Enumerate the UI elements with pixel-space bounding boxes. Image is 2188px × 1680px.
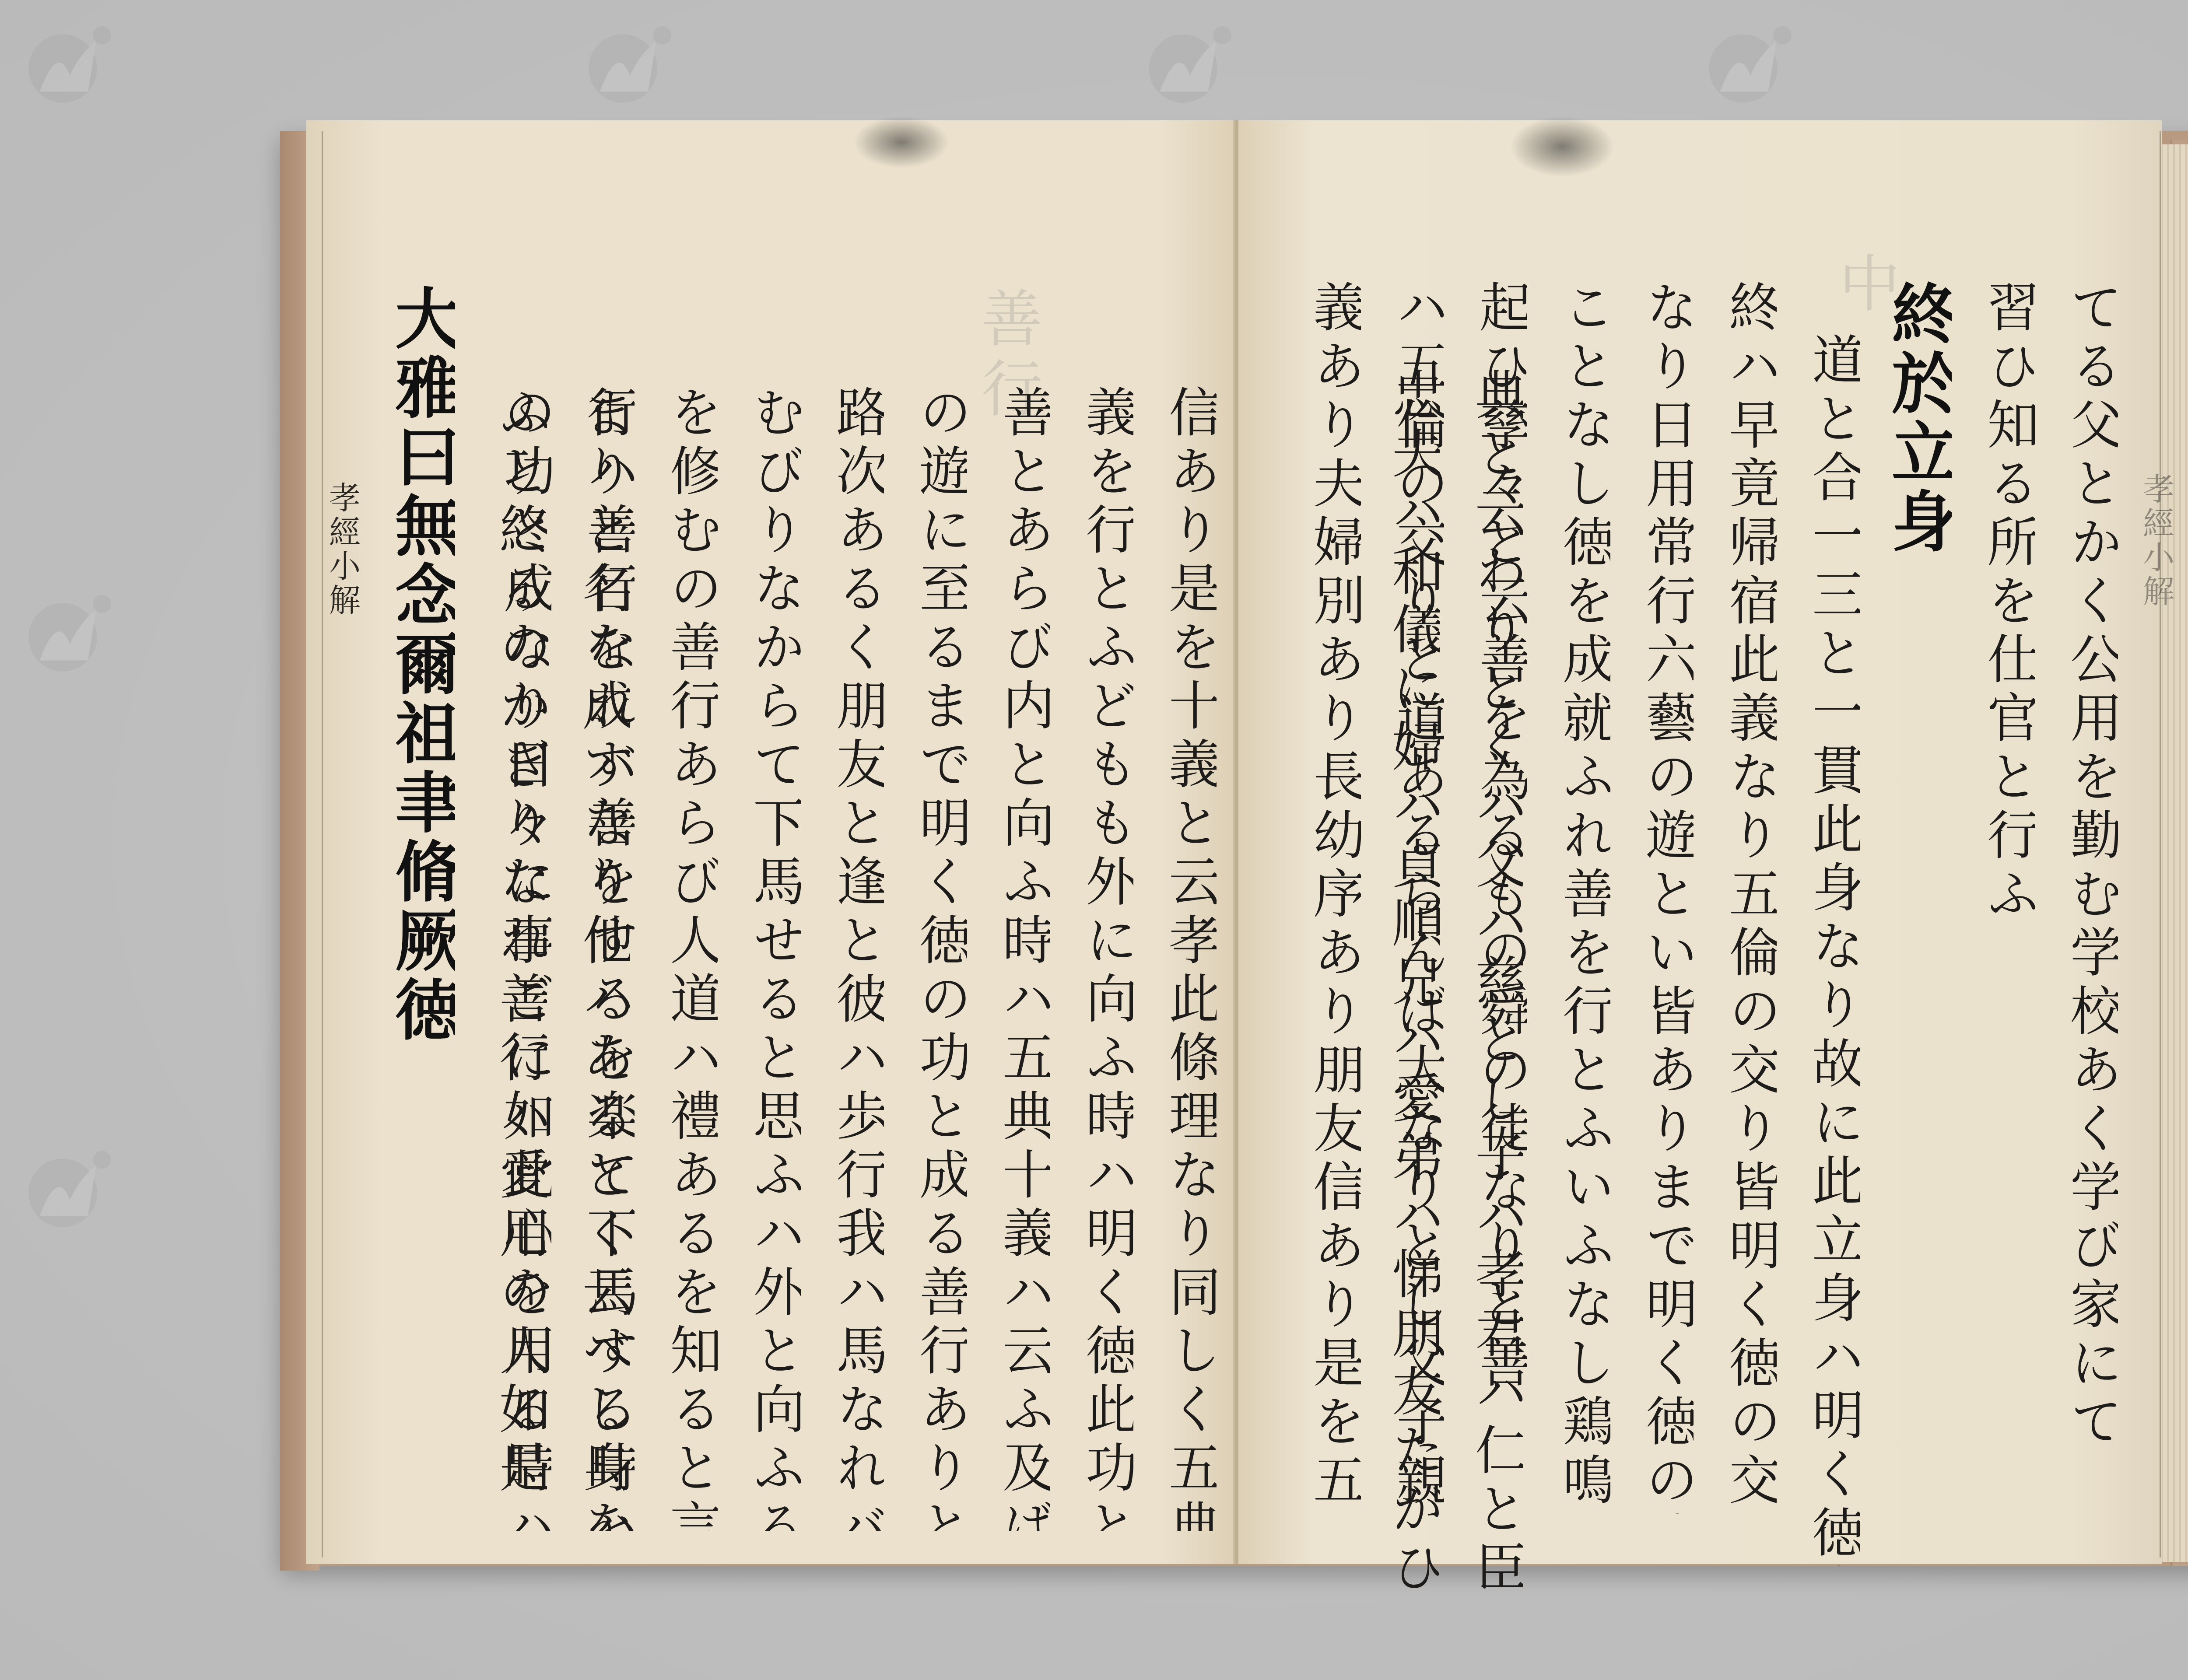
section-heading: 終於立身 [1860, 280, 1952, 1514]
text-column: 道と合一三と一貫此身なり故に此立身ハ明く徳也 [1777, 332, 1860, 1566]
margin-title-left: 孝經小解 [319, 481, 365, 618]
ink-smudge [1510, 116, 1615, 177]
quotation-heading: 大雅曰無念爾祖聿脩厥徳 [363, 284, 455, 1378]
text-column: 典と云わりとくハ父ハ慈とし子ハ孝君ハ仁と臣ハ [1440, 367, 1523, 1601]
text-column: 習ひ知る所を仕官と行ふ [1952, 280, 2035, 1514]
watermark-logo-icon [18, 13, 118, 114]
right-page-text-cont: 典と云わりとくハ父ハ慈とし子ハ孝君ハ仁と臣ハ 忠夫ハ和儀に婦ハ貞順兄ハ愛弟ハ悌朋… [1260, 280, 1523, 1531]
watermark-logo-icon [18, 1137, 118, 1238]
text-column: 終ハ早竟帰宿此義なり五倫の交り皆明く徳の交用 [1694, 280, 1777, 1514]
watermark-logo-icon [1698, 13, 1799, 114]
margin-rule [2160, 131, 2161, 1557]
text-column: を修むの善行あらび人道ハ禮あるを知ると言ふし礼を [635, 385, 718, 1531]
text-column: 義を行とふどもも外に向ふ時ハ明く徳此功とあらず其の [1050, 385, 1133, 1531]
margin-title-right: 孝經小解 [2133, 472, 2179, 609]
text-column: なり日用常行六藝の遊とい皆ありまで明く徳の功と非 [1610, 280, 1694, 1514]
watermark-logo-icon [578, 13, 678, 114]
text-column: ふと終るのかぎりなれ善行ハ愛用の人如是 [464, 385, 547, 1531]
margin-rule [322, 131, 323, 1557]
text-column: 善とあらび内と向ふ時ハ五典十義ハ云ふ及ばず六藝 [967, 385, 1050, 1531]
text-column: 忠夫ハ和儀に婦ハ貞順兄ハ愛弟ハ悌朋友たがひ [1357, 367, 1440, 1601]
left-page-text-cont: まりと名を成すなり他ハあるとく云べし身を立 ふと終るのかぎりなれ善行ハ愛用の人如… [455, 385, 630, 1540]
text-column: むびりなからて下馬せると思ふハ外と向ふるものなり徳 [718, 385, 801, 1531]
text-column: まりと名を成すなり他ハあるとく云べし身を立 [547, 385, 630, 1531]
text-column: てる父とかく公用を勤む学校あく学び家にて [2035, 280, 2118, 1514]
watermark-logo-icon [18, 582, 118, 682]
text-column: 路次あるく朋友と逢と彼ハ歩行我ハ馬なれバ下馬 [801, 385, 884, 1531]
ink-smudge [853, 116, 950, 168]
text-column: の遊に至るまで明く徳の功と成る善行ありとくへバ [884, 385, 967, 1531]
text-column: 信あり是を十義と云孝此條理なり同しく五典十 [1133, 385, 1217, 1531]
text-column: ことなし徳を成就ふれ善を行とふいふなし鶏鳴て [1527, 280, 1610, 1514]
watermark-logo-icon [1138, 13, 1238, 114]
